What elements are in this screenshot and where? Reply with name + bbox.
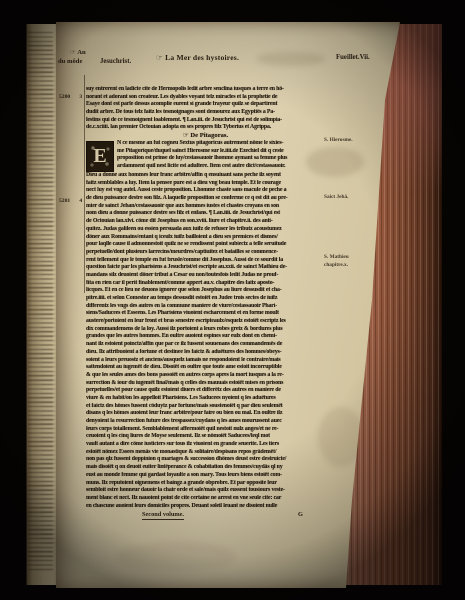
previous-page-edge xyxy=(26,24,58,585)
text-line: viure & en habit/on les appelloit Pharis… xyxy=(86,395,325,403)
text-line: mandans silz deuoient dôner tribut a Ces… xyxy=(86,272,325,280)
text-line: perpetuelles/et pour cause quilz estoien… xyxy=(86,387,325,395)
text-line: proposition est prinse de luy/cestassauo… xyxy=(117,155,325,163)
text-line: siens/Saducees et Esseens. Les Pharisien… xyxy=(86,310,325,318)
page-title: ☞ La Mer des hystoires. xyxy=(156,53,239,62)
year-entry: 5200 3 xyxy=(59,94,82,100)
book-page: ☞ An du môde Jesuchrist. ☞ La Mer des hy… xyxy=(56,22,400,588)
text-line: dieu. Ilz attribuoient a fortune et dest… xyxy=(86,349,325,357)
text-line: perpetuelle/dont plusieurs larrecins/meu… xyxy=(86,249,325,257)
indented-lines: N ce mesme an fut cogneu Sextus pitagori… xyxy=(117,140,325,172)
text-line: suy entrerent en ladicte cite de Hermopo… xyxy=(86,86,325,94)
volume-label: Second volume. xyxy=(142,511,184,520)
margin-note-mathieu-chapter: chapitre.x. xyxy=(324,262,376,269)
text-line: Esaye dont est parle dessus acomplie eur… xyxy=(86,101,325,109)
text-line: et faictz des hômes fussent côduytz par … xyxy=(86,403,325,411)
text-line: pour laqlle cause il admonnestoit quilz … xyxy=(86,241,325,249)
text-line: faitz semblables a luy. Item la pensee p… xyxy=(86,180,325,188)
text-line: fita en rien car il perit finablement/co… xyxy=(86,280,325,288)
margin-note-mathieu: S. Mathieu xyxy=(324,254,376,261)
text-line: de.c.xciiii. lan premier Octouian adopta… xyxy=(86,124,325,132)
text-line: licques. Et en ce lieu ne deuons ignorer… xyxy=(86,287,325,295)
text-line: denyoient la resurrection future des tre… xyxy=(86,418,325,426)
text-line: muns. Ilz reputoient oignemens et baingz… xyxy=(86,480,325,488)
text-line: de Octouian lan.xlvi. côme dit Josephus … xyxy=(86,218,325,226)
text-line: leurs corps totallement. Semblablement a… xyxy=(86,426,325,434)
year-entry: 5201 4 xyxy=(59,198,82,204)
ink-showthrough-stain xyxy=(256,52,326,66)
world-year: 5201 xyxy=(59,198,78,204)
text-line: quitez. Judas galileen ou essien persuad… xyxy=(86,226,325,234)
text-line: norant et adorant son createur. Les dyab… xyxy=(86,94,325,102)
signature-mark: G xyxy=(298,511,303,518)
text-line: dix commandemens de la loy. Aussi ilz po… xyxy=(86,326,325,334)
world-year: 5200 xyxy=(59,94,78,100)
text-line: ceuoient q les cinq liures de Moyse seul… xyxy=(86,433,325,441)
year-column-header-christ: Jesuchrist. xyxy=(100,58,131,65)
drop-cap-initial: E xyxy=(86,141,114,172)
text-line: dudit arbre. De tous telz faitz les tesm… xyxy=(86,109,325,117)
text-line: N ce mesme an fut cogneu Sextus pitagori… xyxy=(117,140,325,148)
paragraph-pitagoras: Dieu a donne aux hommes leur franc arbit… xyxy=(86,172,325,510)
book-photo: ☞ An du môde Jesuchrist. ☞ La Mer des hy… xyxy=(0,0,465,600)
text-line: ment blanc et nect. Ilz nauoient point d… xyxy=(86,495,325,503)
text-line: differentz les vngs des autres en la com… xyxy=(86,303,325,311)
text-line: eust au monde femme qui gardast loyaulte… xyxy=(86,472,325,480)
paragraph-continuation: suy entrerent en ladicte cite de Hermopo… xyxy=(86,86,325,132)
year-column-header-world-2: du môde xyxy=(58,58,82,65)
text-line: sembloit estre honneur dauoir la chair o… xyxy=(86,487,325,495)
text-line: estoiêt nômez Essees menâs vie monastiqu… xyxy=(86,449,325,457)
text-line: ardamment quil nest licite est adultere.… xyxy=(117,163,325,171)
text-line: lestins qui de ce tesmoignent loablement… xyxy=(86,117,325,125)
christ-year: 4 xyxy=(79,198,82,204)
text-line: Dieu a donne aux hommes leur franc arbit… xyxy=(86,172,325,180)
text-line: rent tellement que le temple en fut brus… xyxy=(86,257,325,265)
previous-page-text-blur xyxy=(41,54,56,545)
text-line: en chascune auoient leurs domiciles prop… xyxy=(86,503,325,511)
text-line: dôner aux Rommains/entant q iceulx iuifz… xyxy=(86,234,325,242)
christ-year: 3 xyxy=(79,94,82,100)
margin-note-hierosme: S. Hierosme. xyxy=(324,137,376,144)
section-heading: ☞ De Pitagoras. xyxy=(86,132,325,140)
text-line: de dieu puissance destre son filz. A laq… xyxy=(86,195,325,203)
text-line: grandes que les autres hommes. En oultre… xyxy=(86,333,325,341)
folio-number: Fueillet.Vii. xyxy=(336,54,370,61)
text-line: & que les seules ames des bons passoiêt … xyxy=(86,372,325,380)
text-line: soient a leurs preuostz et anciens/ausqu… xyxy=(86,357,325,365)
ink-showthrough-stain xyxy=(116,542,236,572)
text-line: disans q les hômes auoient leur franc ar… xyxy=(86,410,325,418)
text-line: sattendoient au iugemêt de dieu. Disoiêt… xyxy=(86,364,325,372)
text-line: austere/portoient en leur front et bras … xyxy=(86,318,325,326)
text-line: vault autant a dire côme iusticiers sur … xyxy=(86,441,325,449)
text-line: me Pitagorique/duquel sainct Hierosme su… xyxy=(117,148,325,156)
body-text: suy entrerent en ladicte cite de Hermopo… xyxy=(86,86,325,521)
text-line: nect luy est vng autel. Aussi ceste prop… xyxy=(86,187,325,195)
text-line: question faicte par les pharisiens a Jes… xyxy=(86,264,325,272)
text-line: surrection & iour du iugemêt final/mais … xyxy=(86,380,325,388)
text-line: nom dieu a donne puissance destre ses fi… xyxy=(86,210,325,218)
paragraph-pitagoras-start: E N ce mesme an fut cogneu Sextus pitago… xyxy=(86,140,325,172)
text-line: mais disoiêt q on deuoit euiter lintêper… xyxy=(86,464,325,472)
text-line: non pas qlz fussent doppinion q mariages… xyxy=(86,456,325,464)
margin-note-jehan: Saict Jehâ. xyxy=(324,194,376,201)
text-line: pitre.iiii. et selon Comestor au temps d… xyxy=(86,295,325,303)
year-column-header-world: ☞ An xyxy=(70,48,86,56)
page-footer: Second volume. G xyxy=(86,511,325,521)
text-line: mier de sainct Jehan/cestassauoir que au… xyxy=(86,203,325,211)
margin-rule xyxy=(84,75,85,293)
text-line: nant ilz estoient poinctz/affin que par … xyxy=(86,341,325,349)
